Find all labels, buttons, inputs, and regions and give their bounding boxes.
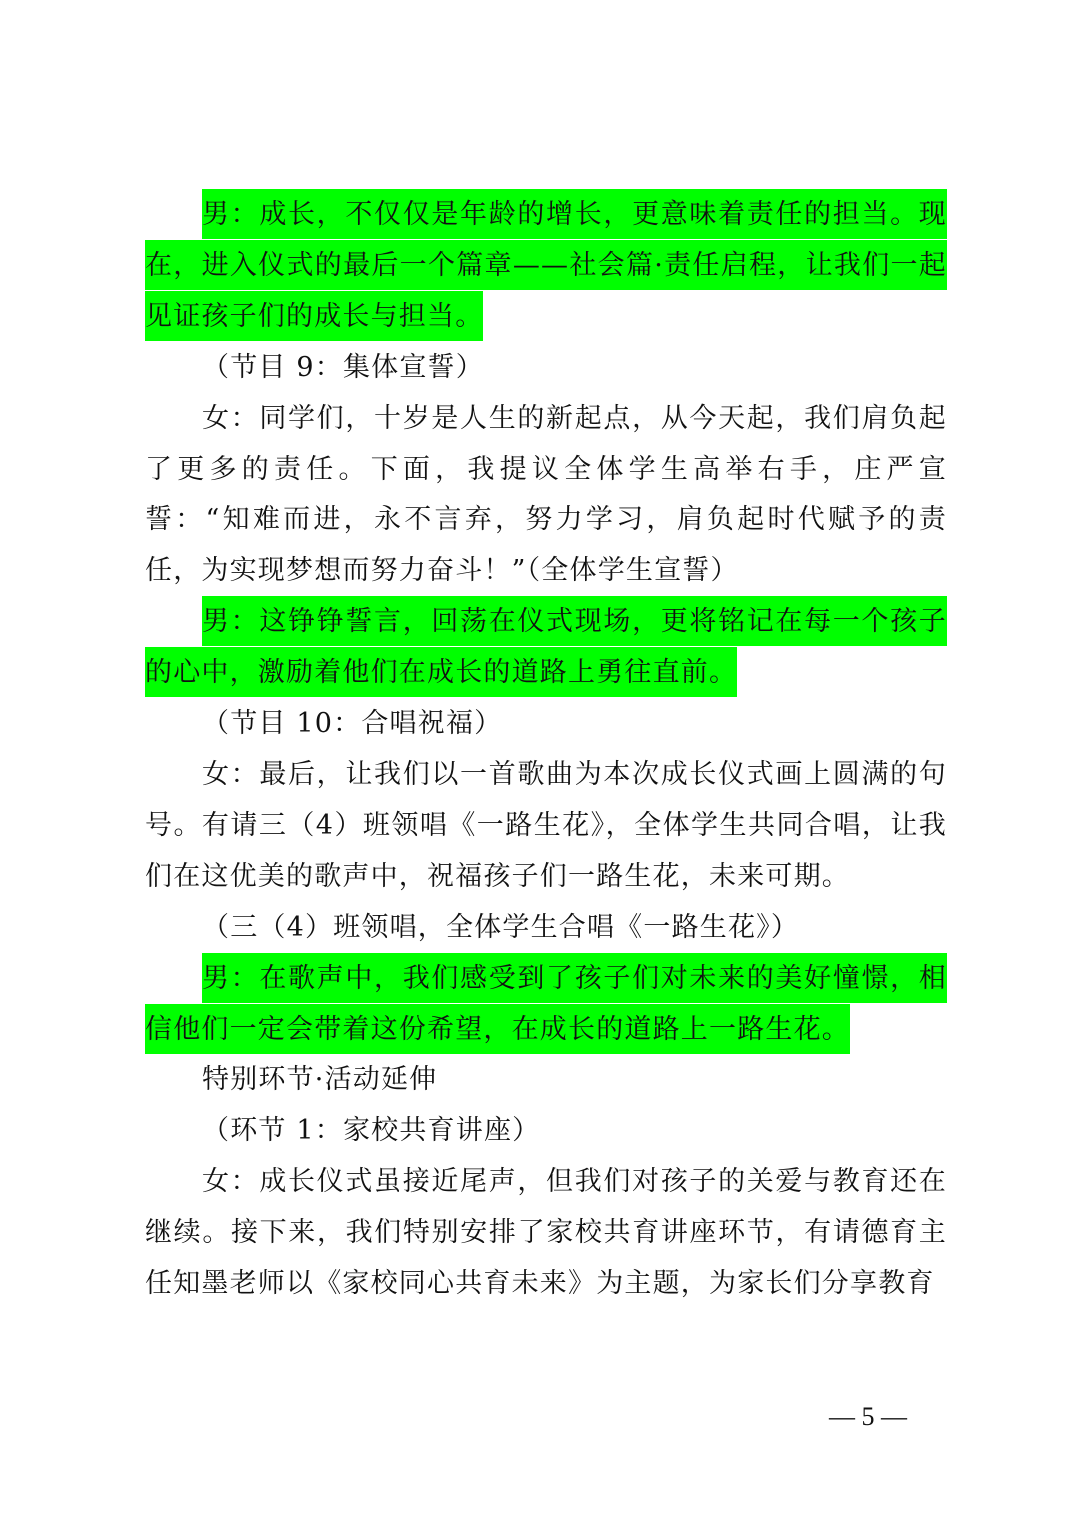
highlighted-text: 男：这铮铮誓言，回荡在仪式现场，更将铭记在每一个孩子的心中，激励着他们在成长的道… (145, 596, 947, 697)
paragraph-female-host-song: 女：最后，让我们以一首歌曲为本次成长仪式画上圆满的句号。有请三（4）班领唱《一路… (145, 750, 947, 903)
paragraph-male-host-social-chapter: 男：成长，不仅仅是年龄的增长，更意味着责任的担当。现在，进入仪式的最后一个篇章—… (145, 190, 947, 343)
program-label: （节目 9：集体宣誓） (202, 352, 484, 383)
stage-direction-text: （三（4）班领唱，全体学生合唱《一路生花》） (202, 912, 799, 943)
paragraph-text: 女：最后，让我们以一首歌曲为本次成长仪式画上圆满的句号。有请三（4）班领唱《一路… (145, 759, 947, 892)
page-number: — 5 — (818, 1402, 918, 1432)
highlighted-text: 男：成长，不仅仅是年龄的增长，更意味着责任的担当。现在，进入仪式的最后一个篇章—… (145, 189, 947, 341)
paragraph-text: 女：同学们，十岁是人生的新起点，从今天起，我们肩负起了更多的责任。下面，我提议全… (145, 403, 947, 587)
highlighted-text: 男：在歌声中，我们感受到了孩子们对未来的美好憧憬，相信他们一定会带着这份希望，在… (145, 953, 947, 1054)
special-section-heading: 特别环节·活动延伸 (145, 1055, 947, 1106)
stage-direction-chorus: （三（4）班领唱，全体学生合唱《一路生花》） (145, 903, 947, 954)
program-10-heading: （节目 10：合唱祝福） (145, 699, 947, 750)
paragraph-text: 女：成长仪式虽接近尾声，但我们对孩子的关爱与教育还在继续。接下来，我们特别安排了… (145, 1166, 947, 1299)
section-heading-text: 特别环节·活动延伸 (202, 1064, 437, 1095)
program-label: （节目 10：合唱祝福） (202, 708, 502, 739)
document-page: 男：成长，不仅仅是年龄的增长，更意味着责任的担当。现在，进入仪式的最后一个篇章—… (145, 190, 947, 1310)
paragraph-female-host-lecture: 女：成长仪式虽接近尾声，但我们对孩子的关爱与教育还在继续。接下来，我们特别安排了… (145, 1157, 947, 1310)
program-9-heading: （节目 9：集体宣誓） (145, 343, 947, 394)
paragraph-male-host-song-reflection: 男：在歌声中，我们感受到了孩子们对未来的美好憧憬，相信他们一定会带着这份希望，在… (145, 954, 947, 1056)
segment-label: （环节 1：家校共育讲座） (202, 1115, 540, 1146)
paragraph-female-host-oath: 女：同学们，十岁是人生的新起点，从今天起，我们肩负起了更多的责任。下面，我提议全… (145, 394, 947, 598)
segment-1-heading: （环节 1：家校共育讲座） (145, 1106, 947, 1157)
paragraph-male-host-oath-echo: 男：这铮铮誓言，回荡在仪式现场，更将铭记在每一个孩子的心中，激励着他们在成长的道… (145, 597, 947, 699)
